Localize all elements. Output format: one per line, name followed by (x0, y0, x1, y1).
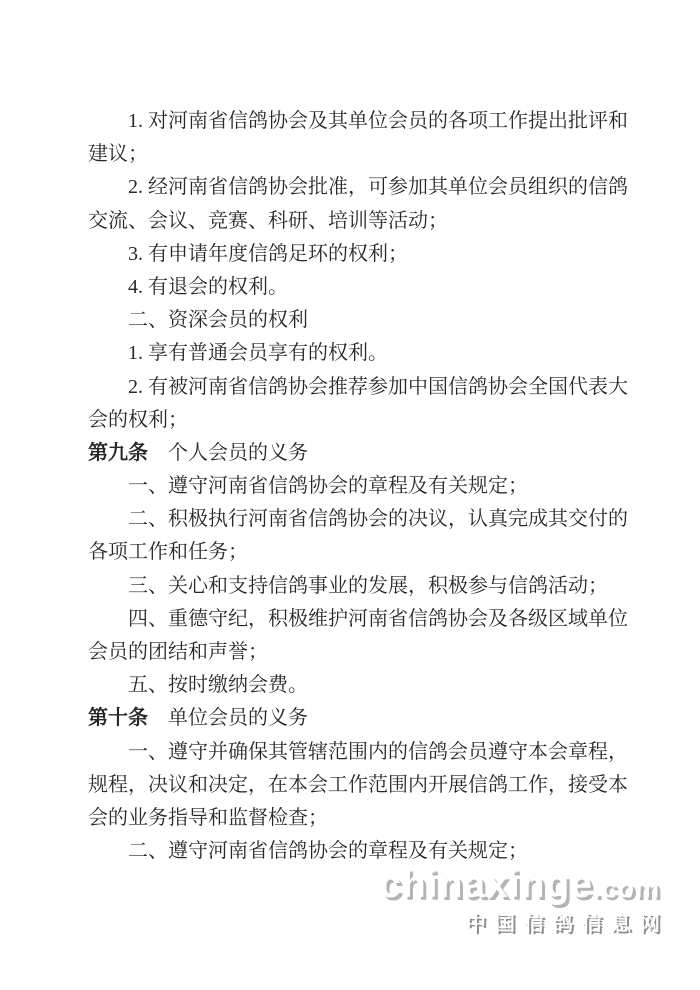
line-text: 三、关心和支持信鸽事业的发展，积极参与信鸽活动； (128, 575, 608, 597)
line-text: 1. 对河南省信鸽协会及其单位会员的各项工作提出批评和 (128, 110, 628, 132)
line-text: 个人会员的义务 (148, 442, 308, 464)
line-text: 二、积极执行河南省信鸽协会的决议，认真完成其交付的 (128, 508, 628, 530)
document-line: 3. 有申请年度信鸽足环的权利； (88, 238, 654, 271)
document-line: 四、重德守纪，积极维护河南省信鸽协会及各级区域单位 (88, 603, 654, 636)
line-text: 一、遵守并确保其管辖范围内的信鸽会员遵守本会章程， (128, 741, 628, 763)
line-text: 4. 有退会的权利。 (128, 276, 288, 298)
article-number: 第九条 (88, 442, 148, 464)
line-text: 一、遵守河南省信鸽协会的章程及有关规定； (128, 475, 528, 497)
line-text: 2. 经河南省信鸽协会批准，可参加其单位会员组织的信鸽 (128, 176, 628, 198)
line-text: 二、遵守河南省信鸽协会的章程及有关规定； (128, 840, 528, 862)
document-line: 五、按时缴纳会费。 (88, 669, 654, 702)
line-text: 1. 享有普通会员享有的权利。 (128, 342, 388, 364)
line-text: 规程，决议和决定，在本会工作范围内开展信鸽工作，接受本 (88, 774, 628, 796)
document-line: 第九条 个人会员的义务 (88, 437, 654, 470)
watermark-site-url: chinaxinge.com (379, 863, 660, 910)
line-text: 会的权利； (88, 409, 188, 431)
line-text: 单位会员的义务 (148, 707, 308, 729)
document-page: 1. 对河南省信鸽协会及其单位会员的各项工作提出批评和建议；2. 经河南省信鸽协… (0, 0, 700, 990)
document-line: 会的业务指导和监督检查； (88, 802, 654, 835)
watermark-domain-suffix: .com (593, 873, 660, 903)
document-line: 第十条 单位会员的义务 (88, 702, 654, 735)
document-line: 二、资深会员的权利 (88, 304, 654, 337)
document-line: 2. 有被河南省信鸽协会推荐参加中国信鸽协会全国代表大 (88, 371, 654, 404)
article-number: 第十条 (88, 707, 148, 729)
line-text: 各项工作和任务； (88, 541, 248, 563)
document-line: 2. 经河南省信鸽协会批准，可参加其单位会员组织的信鸽 (88, 171, 654, 204)
document-line: 建议； (88, 138, 654, 171)
document-line: 一、遵守并确保其管辖范围内的信鸽会员遵守本会章程， (88, 736, 654, 769)
line-text: 五、按时缴纳会费。 (128, 674, 308, 696)
watermark: chinaxinge.com 中国信鸽信息网 (379, 863, 660, 936)
line-text: 交流、会议、竞赛、科研、培训等活动； (88, 210, 448, 232)
document-line: 一、遵守河南省信鸽协会的章程及有关规定； (88, 470, 654, 503)
document-line: 4. 有退会的权利。 (88, 271, 654, 304)
document-line: 会的权利； (88, 404, 654, 437)
line-text: 建议； (88, 143, 148, 165)
watermark-site-title-cn: 中国信鸽信息网 (379, 912, 669, 936)
document-line: 三、关心和支持信鸽事业的发展，积极参与信鸽活动； (88, 570, 654, 603)
line-text: 四、重德守纪，积极维护河南省信鸽协会及各级区域单位 (128, 608, 628, 630)
line-text: 二、资深会员的权利 (128, 309, 308, 331)
document-line: 规程，决议和决定，在本会工作范围内开展信鸽工作，接受本 (88, 769, 654, 802)
document-line: 会员的团结和声誉； (88, 636, 654, 669)
document-text: 1. 对河南省信鸽协会及其单位会员的各项工作提出批评和建议；2. 经河南省信鸽协… (88, 105, 654, 868)
document-line: 二、积极执行河南省信鸽协会的决议，认真完成其交付的 (88, 503, 654, 536)
document-line: 交流、会议、竞赛、科研、培训等活动； (88, 205, 654, 238)
line-text: 3. 有申请年度信鸽足环的权利； (128, 243, 408, 265)
watermark-site-name: chinaxinge (379, 863, 593, 906)
line-text: 会的业务指导和监督检查； (88, 807, 328, 829)
line-text: 会员的团结和声誉； (88, 641, 268, 663)
document-line: 各项工作和任务； (88, 536, 654, 569)
document-line: 1. 享有普通会员享有的权利。 (88, 337, 654, 370)
document-line: 1. 对河南省信鸽协会及其单位会员的各项工作提出批评和 (88, 105, 654, 138)
line-text: 2. 有被河南省信鸽协会推荐参加中国信鸽协会全国代表大 (128, 376, 628, 398)
